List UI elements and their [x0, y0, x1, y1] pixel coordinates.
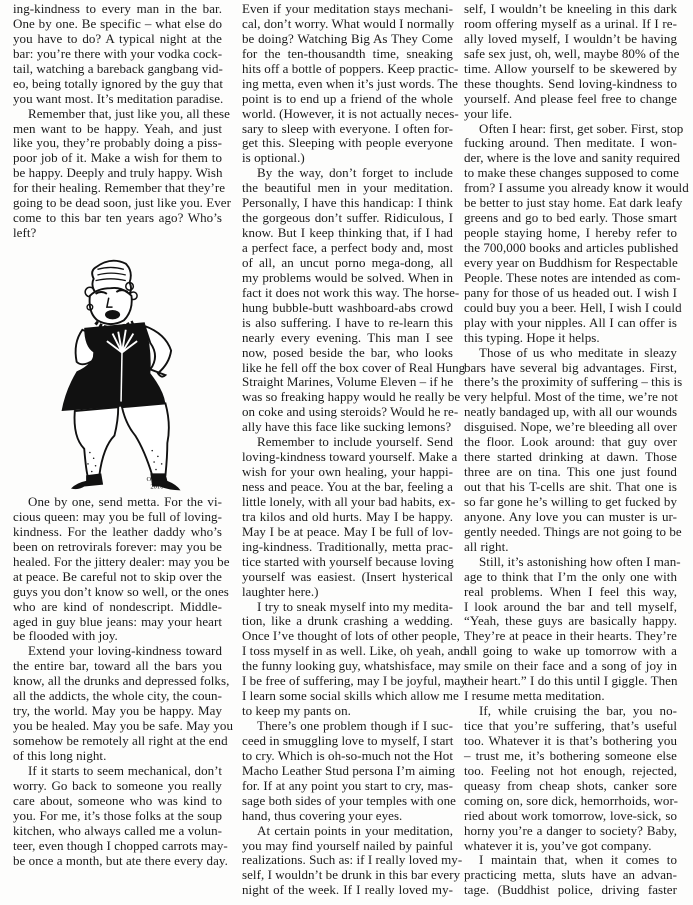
text-line: the 700,000 books and articles published [464, 241, 677, 256]
text-line: anyone. Any love you can muster is ur- [464, 510, 677, 525]
illustration-drawing: Ollanni 2010 [22, 258, 222, 513]
text-line: your life. [464, 107, 677, 122]
paragraph: There’s one problem though if I suc-ceed… [242, 719, 453, 824]
text-line: my problems would be solved. When in [242, 271, 453, 286]
text-line: Remember to include yourself. Send [242, 435, 453, 450]
text-line: the gorgeous don’t suffer. Ridiculous, I [242, 211, 453, 226]
artist-signature: Ollanni [147, 476, 167, 483]
text-line: neatly bandaged up, with all our wounds [464, 405, 677, 420]
text-line: kindness. For the leather daddy who’s [13, 525, 222, 540]
text-line: healed. For the jittery dealer: may you … [13, 555, 222, 570]
text-line: every year on Buddhism for Respectable [464, 256, 677, 271]
text-line: ally have this face like sucking lemons? [242, 420, 453, 435]
text-line: Personally, I have this handicap: I thin… [242, 196, 453, 211]
text-line: point is to end up a friend of the whole [242, 92, 453, 107]
text-line: too. Whatever it is that’s bothering you [464, 734, 677, 749]
text-line: time. Allow yourself to be skewered by [464, 62, 677, 77]
text-line: One by one. Be specific – what else do [13, 17, 222, 32]
text-line: self, I wouldn’t be kneeling in this dar… [464, 2, 677, 17]
text-line: you have to do? A typical night at the [13, 32, 222, 47]
text-line: aged in guy blue jeans: may your heart [13, 615, 222, 630]
text-line: safe sex just, oh, well, maybe 80% of th… [464, 47, 677, 62]
text-line: all right. [464, 540, 677, 555]
text-line: to cry. Which is oh-so-much not the Hot [242, 749, 453, 764]
text-line: the funny looking guy, whatshisface, may [242, 659, 453, 674]
text-line: all the addicts, the whole city, the cou… [13, 689, 222, 704]
text-line: of this long night. [13, 749, 222, 764]
text-line: kitchen, who always called me a volun- [13, 824, 222, 839]
paragraph: By the way, don’t forget to includethe b… [242, 166, 453, 435]
text-line: be doing? Watching Big As They Come [242, 32, 453, 47]
text-line: Even if your meditation stays mechani- [242, 2, 453, 17]
text-line: be once a month, but ate there every day… [13, 854, 222, 869]
document-page: ing-kindness to every man in the bar.One… [0, 0, 693, 905]
text-line: coming on, sore dick, hemorrhoids, wor- [464, 794, 677, 809]
text-line: Once I’ve thought of lots of other peopl… [242, 629, 453, 644]
text-line: a perfect face, a perfect body and, most [242, 241, 453, 256]
text-line: the entire bar, toward all the bars you [13, 659, 222, 674]
text-line: out that his T-cells are shit. That one … [464, 480, 677, 495]
text-line: know, all the drunks and depressed folks… [13, 674, 222, 689]
text-line: there’s the proximity of suffering – thi… [464, 375, 677, 390]
text-line: night of the week. If I really loved my- [242, 883, 453, 898]
text-line: practicing metta, sluts have an advan- [464, 868, 677, 883]
text-line: hits off a bottle of poppers. Keep pract… [242, 62, 453, 77]
text-line: now, posed beside the bar, who looks [242, 346, 453, 361]
text-line: horny you’re a danger to society? Baby, [464, 824, 677, 839]
text-line: be flooded with joy. [13, 629, 222, 644]
text-line: for their healing. Remember that they’re [13, 181, 222, 196]
text-line: who are kind of nondescript. Middle- [13, 600, 222, 615]
paragraph: I maintain that, when it comes topractic… [464, 853, 677, 898]
svg-text:2010: 2010 [150, 483, 164, 490]
text-line: so far gone he’s willing to get fucked b… [464, 495, 677, 510]
text-line: play with your nipples. All I can offer … [464, 316, 677, 331]
text-line: self, I wouldn’t be drunk in this bar ev… [242, 868, 453, 883]
text-line: People. These notes are intended as com- [464, 271, 677, 286]
text-line: hung bubble-butt washboard-abs crowd [242, 301, 453, 316]
text-line: to make these changes supposed to come [464, 166, 677, 181]
text-line: I learn some social skills which allow m… [242, 689, 453, 704]
text-line: nearly every evening. This man I see [242, 331, 453, 346]
paragraph: Even if your meditation stays mechani-ca… [242, 2, 453, 166]
text-line: for. If at any point you start to cry, m… [242, 779, 453, 794]
text-line: ing-kindness. Traditionally, metta prac- [242, 540, 453, 555]
text-line: bars have several big advantages. First, [464, 361, 677, 376]
text-line: – trust me, it’s bothering someone else [464, 749, 677, 764]
text-line: at peace. Be careful not to skip over th… [13, 570, 222, 585]
text-line: come to this bar ten years ago? Who’s [13, 211, 222, 226]
text-line: you. For me, it’s those folks at the sou… [13, 809, 222, 824]
text-line: wish for your own healing, your happi- [242, 465, 453, 480]
text-line: ing-kindness to every man in the bar. [13, 2, 222, 17]
text-line: is also suffering. I have to re-learn th… [242, 316, 453, 331]
text-line: real problems. When I feel this way, [464, 585, 677, 600]
text-line: men want to be happy. Yeah, and just [13, 122, 222, 137]
text-line: tail, watching a bareback gangbang vid- [13, 62, 222, 77]
paragraph: At certain points in your meditation,you… [242, 824, 453, 899]
text-line: is optional.) [242, 151, 453, 166]
text-line: cal, don’t worry. What would I normally [242, 17, 453, 32]
text-line: sage both sides of your temples with one [242, 794, 453, 809]
paragraph: Remember to include yourself. Sendloving… [242, 435, 453, 599]
text-line: ally loved myself, I wouldn’t be having [464, 32, 677, 47]
text-line: of all, an uncut porno mega-dong, all [242, 256, 453, 271]
text-line: the beautiful men in your meditation. [242, 181, 453, 196]
text-line: loving-kindness toward yourself. Make a [242, 450, 453, 465]
text-line: If it starts to seem mechanical, don’t [13, 764, 222, 779]
text-line: yourself was easiest. (Insert hysterical [242, 570, 453, 585]
text-line: been on retrovirals forever: may you be [13, 540, 222, 555]
text-line: ing metta, even when it’s just words. Th… [242, 77, 453, 92]
text-line: Those of us who meditate in sleazy [464, 346, 677, 361]
text-line: Often I hear: first, get sober. First, s… [464, 122, 677, 137]
text-line: der, where is the love and sanity requir… [464, 151, 677, 166]
text-line: greens and go to bed early. Those smart [464, 211, 677, 226]
text-line: you may find yourself nailed by painful [242, 839, 453, 854]
text-line: I look around the bar and tell myself, [464, 600, 677, 615]
text-line: I try to sneak myself into my medita- [242, 600, 453, 615]
text-line: guys you don’t know so well, or the ones [13, 585, 222, 600]
text-line: teer, even though I chopped carrots may- [13, 839, 222, 854]
text-line: somehow be remotely all right at the end [13, 734, 222, 749]
text-line: tra kilos and old hurts. May I be happy. [242, 510, 453, 525]
text-line: tage. (Buddhist police, driving faster [464, 883, 677, 898]
text-line: whatever it is, you’ve got company. [464, 839, 677, 854]
text-line: people staying home, I hereby refer to [464, 226, 677, 241]
text-line: little lonely, with all your bad habits,… [242, 495, 453, 510]
paragraph: One by one, send metta. For the vi-cious… [13, 495, 222, 644]
text-line: like he fell off the box cover of Real H… [242, 361, 453, 376]
text-line: there started drinking at dawn. Those [464, 450, 677, 465]
paragraph: If, while cruising the bar, you no-tice … [464, 704, 677, 853]
text-line: yourself. And please feel free to change [464, 92, 677, 107]
text-line: age to think that I’m the only one with [464, 570, 677, 585]
text-line: tice that you’re suffering, that’s usefu… [464, 719, 677, 734]
text-column-right: self, I wouldn’t be kneeling in this dar… [464, 2, 677, 898]
text-line: the floor. Look around: that guy over [464, 435, 677, 450]
paragraph: ing-kindness to every man in the bar.One… [13, 2, 222, 107]
text-line: queasy from cheap shots, canker sore [464, 779, 677, 794]
text-line: all going to wake up tomorrow with a [464, 644, 677, 659]
text-line: pany for those of us headed out. I wish … [464, 286, 677, 301]
paragraph: I try to sneak myself into my medita-tio… [242, 600, 453, 720]
text-line: ried about work tomorrow, love-sick, so [464, 809, 677, 824]
text-line: ceed in smuggling love to myself, I star… [242, 734, 453, 749]
text-line: worry. Go back to someone you really [13, 779, 222, 794]
text-line: you want most. It’s meditation paradise. [13, 92, 222, 107]
text-line: room offering myself as a urinal. If I r… [464, 17, 677, 32]
text-line: be happy. Deeply and truly happy. Wish [13, 166, 222, 181]
text-line: very helpful. Most of the time, we’re no… [464, 390, 677, 405]
paragraph: Remember that, just like you, all thesem… [13, 107, 222, 241]
text-line: their heart.” I do this until I giggle. … [464, 674, 677, 689]
paragraph: self, I wouldn’t be kneeling in this dar… [464, 2, 677, 122]
text-line: poor job of it. Make a wish for them to [13, 151, 222, 166]
text-line: know. But I keep thinking that, if I had [242, 226, 453, 241]
text-line: Extend your loving-kindness toward [13, 644, 222, 659]
text-column-middle: Even if your meditation stays mechani-ca… [242, 2, 453, 898]
text-line: By the way, don’t forget to include [242, 166, 453, 181]
text-line: care about, someone who was kind to [13, 794, 222, 809]
text-line: tion, like a drunk crashing a wedding. [242, 614, 453, 629]
text-line: “Yeah, these guys are basically happy. [464, 614, 677, 629]
text-line: too. Feeling not hot enough, rejected, [464, 764, 677, 779]
drag-queen-illustration: Ollanni 2010 [22, 258, 222, 513]
text-line: May I be at peace. May I be full of lov- [242, 525, 453, 540]
text-line: like you, they’re probably doing a piss- [13, 136, 222, 151]
text-line: was so freaking happy would he really be [242, 390, 453, 405]
text-line: hand, thus covering your eyes. [242, 809, 453, 824]
paragraph: Often I hear: first, get sober. First, s… [464, 122, 677, 346]
text-line: this typing. Hope it helps. [464, 331, 677, 346]
text-line: fact it does not work this way. The hors… [242, 286, 453, 301]
text-line: They’re at peace in their hearts. They’r… [464, 629, 677, 644]
text-line: going to be dead soon, just like you. Ev… [13, 196, 222, 211]
text-line: eo, being totally ignored by the guy tha… [13, 77, 222, 92]
text-line: Macho Leather Stud persona I’m aiming [242, 764, 453, 779]
text-line: world. (However, it is not actually nece… [242, 107, 453, 122]
text-line: could buy you a beer. Hell, I wish I cou… [464, 301, 677, 316]
text-line: There’s one problem though if I suc- [242, 719, 453, 734]
text-line: I be free of suffering, may I be joyful,… [242, 674, 453, 689]
text-line: on coke and using steroids? Would he re- [242, 405, 453, 420]
text-line: smile on their face and a song of joy in [464, 659, 677, 674]
text-line: you be healed. May you be safe. May you [13, 719, 222, 734]
text-line: Remember that, just like you, all these [13, 107, 222, 122]
text-line: disguised. Nope, we’re bleeding all over [464, 420, 677, 435]
paragraph: If it starts to seem mechanical, don’two… [13, 764, 222, 869]
paragraph: Still, it’s astonishing how often I man-… [464, 555, 677, 704]
text-line: Straight Marines, Volume Eleven – if he [242, 375, 453, 390]
text-line: sary to sleep with everyone. I often for… [242, 122, 453, 137]
text-line: fucking around. Then meditate. I won- [464, 136, 677, 151]
text-line: At certain points in your meditation, [242, 824, 453, 839]
paragraph: Those of us who meditate in sleazybars h… [464, 346, 677, 555]
text-line: I resume metta meditation. [464, 689, 677, 704]
text-line: realizations. Such as: if I really loved… [242, 853, 453, 868]
text-line: get this. Sleeping with people everyone [242, 136, 453, 151]
text-line: to keep my pants on. [242, 704, 453, 719]
text-line: from? I assume you already know it would [464, 181, 677, 196]
text-line: left? [13, 226, 222, 241]
text-line: try, the world. May you be happy. May [13, 704, 222, 719]
text-line: Still, it’s astonishing how often I man- [464, 555, 677, 570]
text-line: laughter here.) [242, 585, 453, 600]
text-line: these thoughts. Send loving-kindness to [464, 77, 677, 92]
text-line: I toss myself in as well. Like, oh yeah,… [242, 644, 453, 659]
text-line: gently needed. Things are not going to b… [464, 525, 677, 540]
text-line: ness and peace. You at the bar, feeling … [242, 480, 453, 495]
text-line: be better to just stay home. Eat dark le… [464, 196, 677, 211]
text-line: If, while cruising the bar, you no- [464, 704, 677, 719]
text-line: for the ten-thousandth time, sneaking [242, 47, 453, 62]
text-line: I maintain that, when it comes to [464, 853, 677, 868]
text-line: three are on tina. This one just found [464, 465, 677, 480]
paragraph: Extend your loving-kindness towardthe en… [13, 644, 222, 764]
text-line: bar: you’re there with your vodka cock- [13, 47, 222, 62]
text-line: tice started with yourself because lovin… [242, 555, 453, 570]
